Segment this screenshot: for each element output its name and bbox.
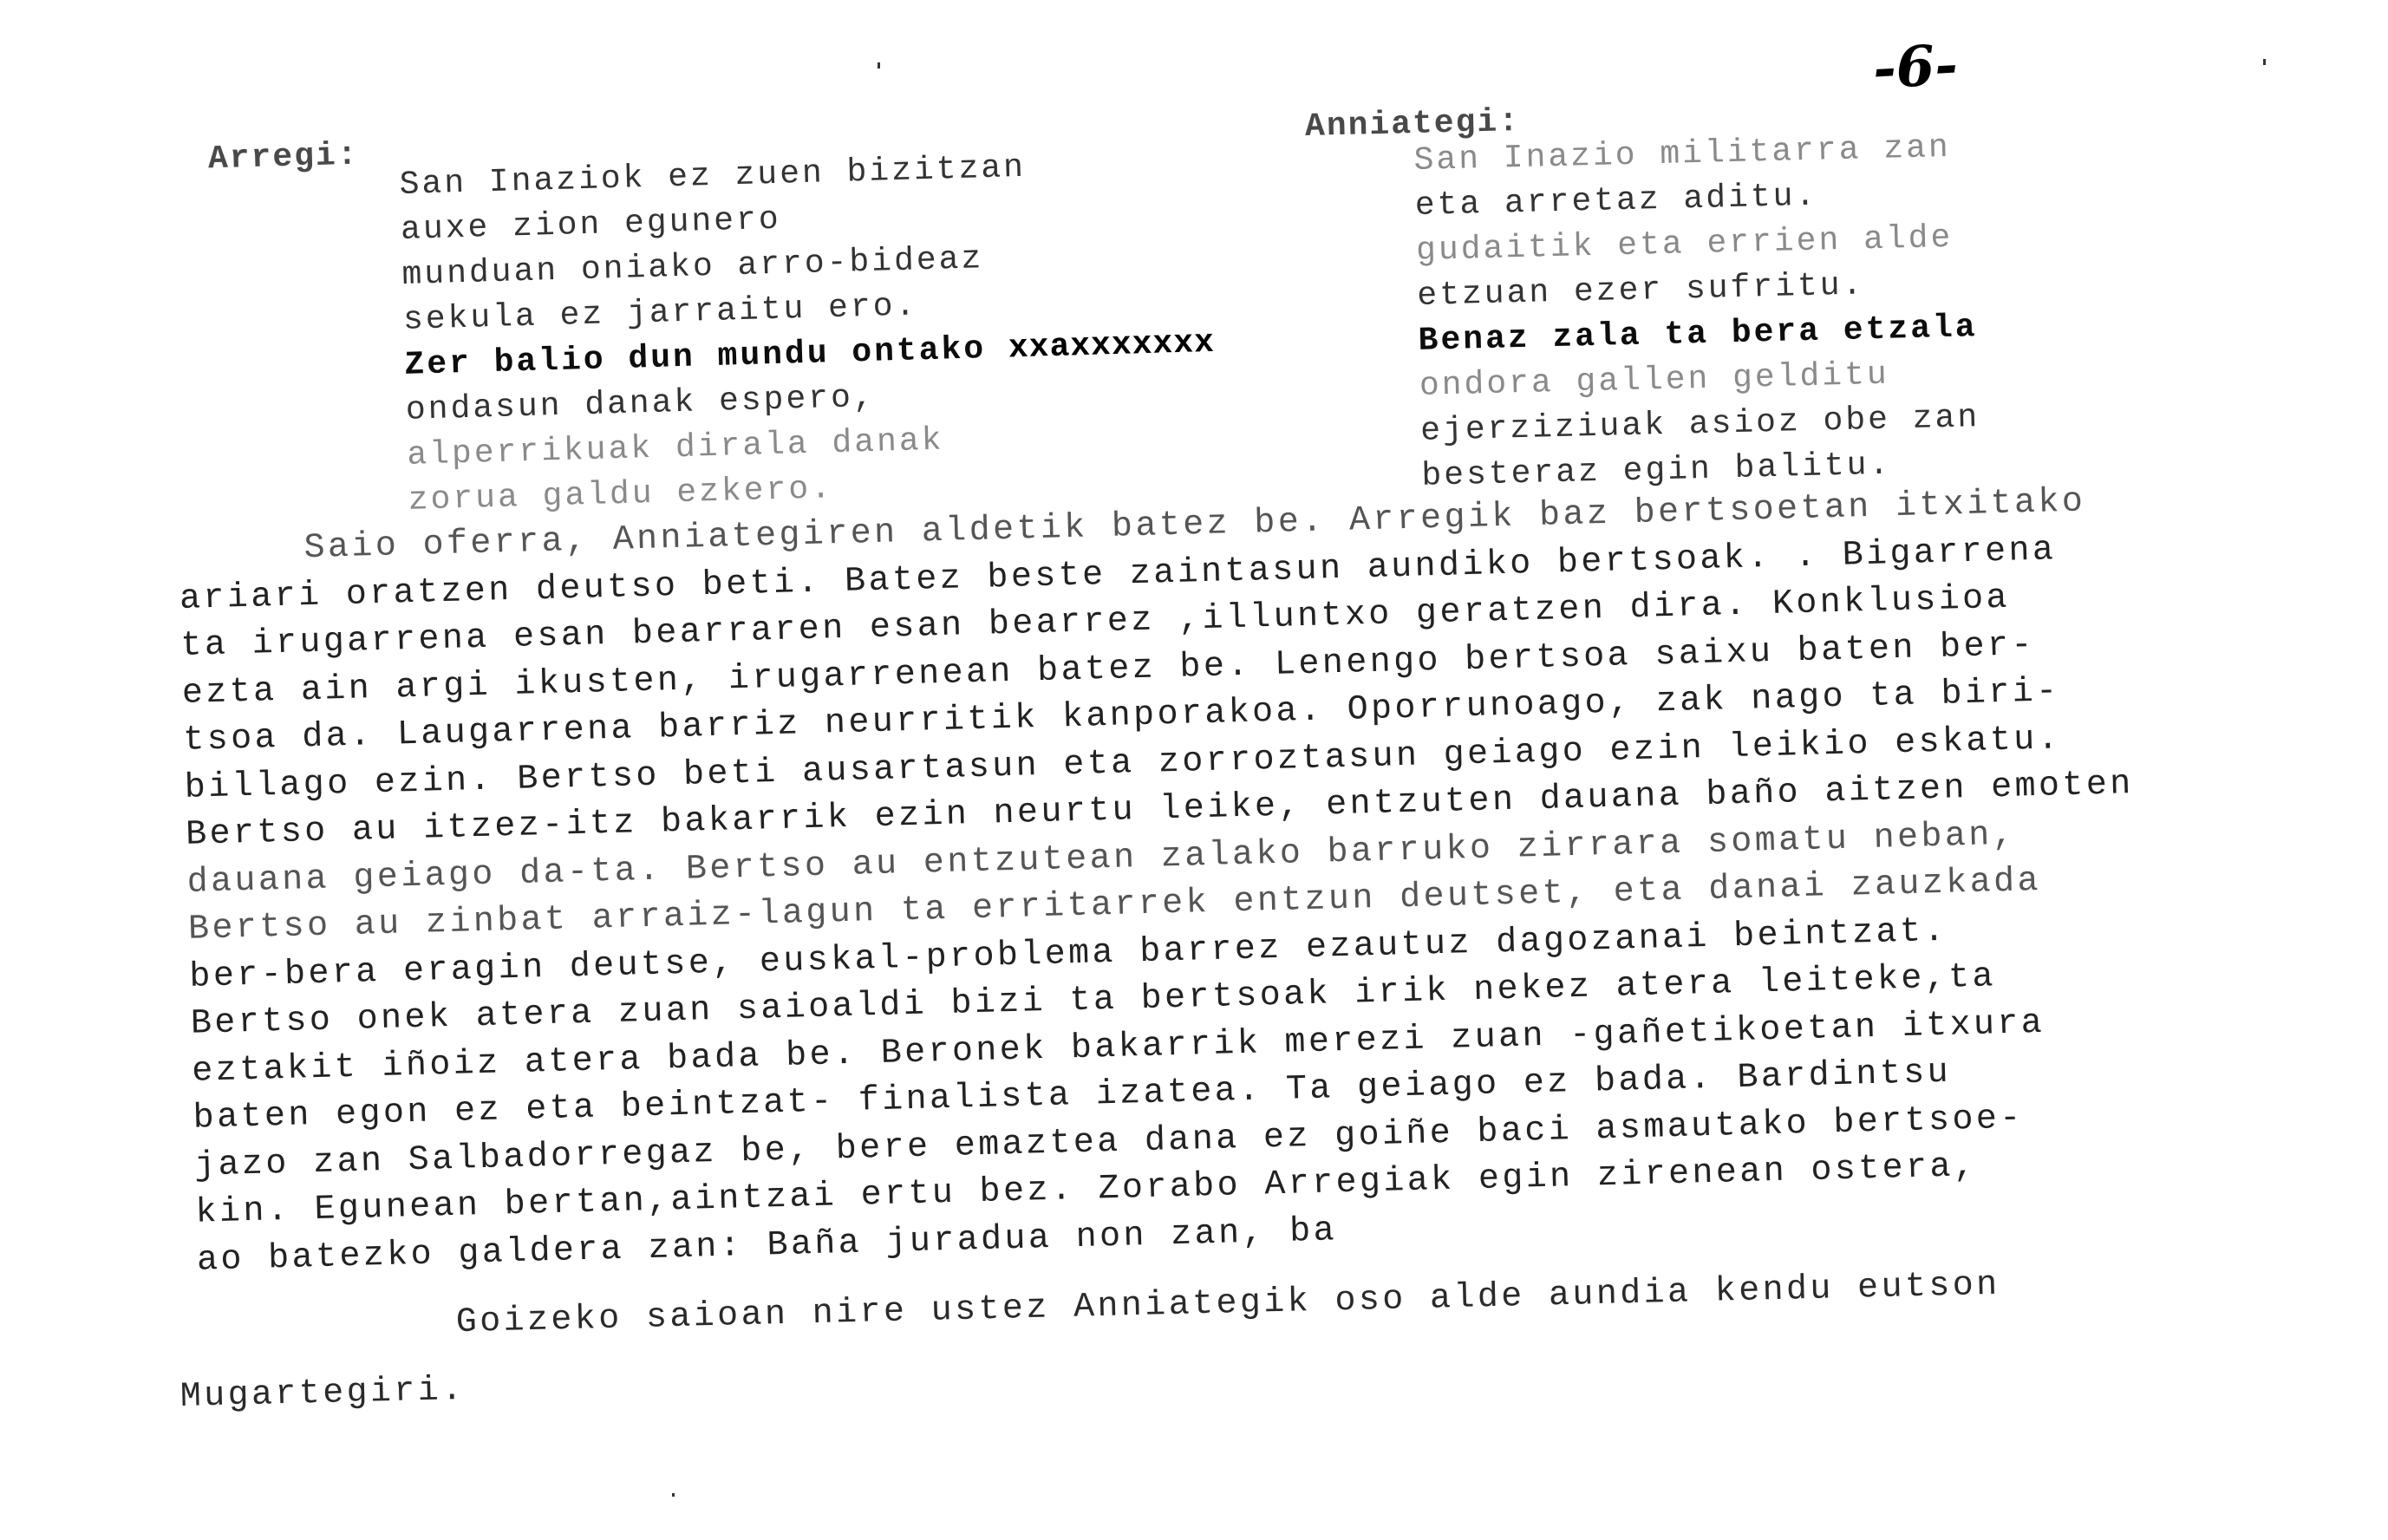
page-number: -6- [1871, 32, 1959, 101]
verse-block-arregi: San Inaziok ez zuen bizitzan auxe zion e… [399, 140, 1219, 524]
scan-speck [672, 1493, 675, 1497]
scan-speck [2263, 59, 2266, 65]
speaker-arregi: Arregi: [207, 137, 359, 179]
closing-paragraph: Goizeko saioan nire ustez Anniategik oso… [178, 1252, 2002, 1432]
typed-strikeout: xxaxxxxxxx [1008, 324, 1215, 368]
body-paragraph: Saio oferra, Anniategiren aldetik batez … [178, 474, 2295, 1285]
scan-speck [878, 62, 880, 69]
verse-block-anniategi: San Inazio militarra zan eta arretaz adi… [1413, 125, 1981, 499]
document-page: -6- Arregi: San Inaziok ez zuen bizitzan… [0, 0, 2388, 1540]
